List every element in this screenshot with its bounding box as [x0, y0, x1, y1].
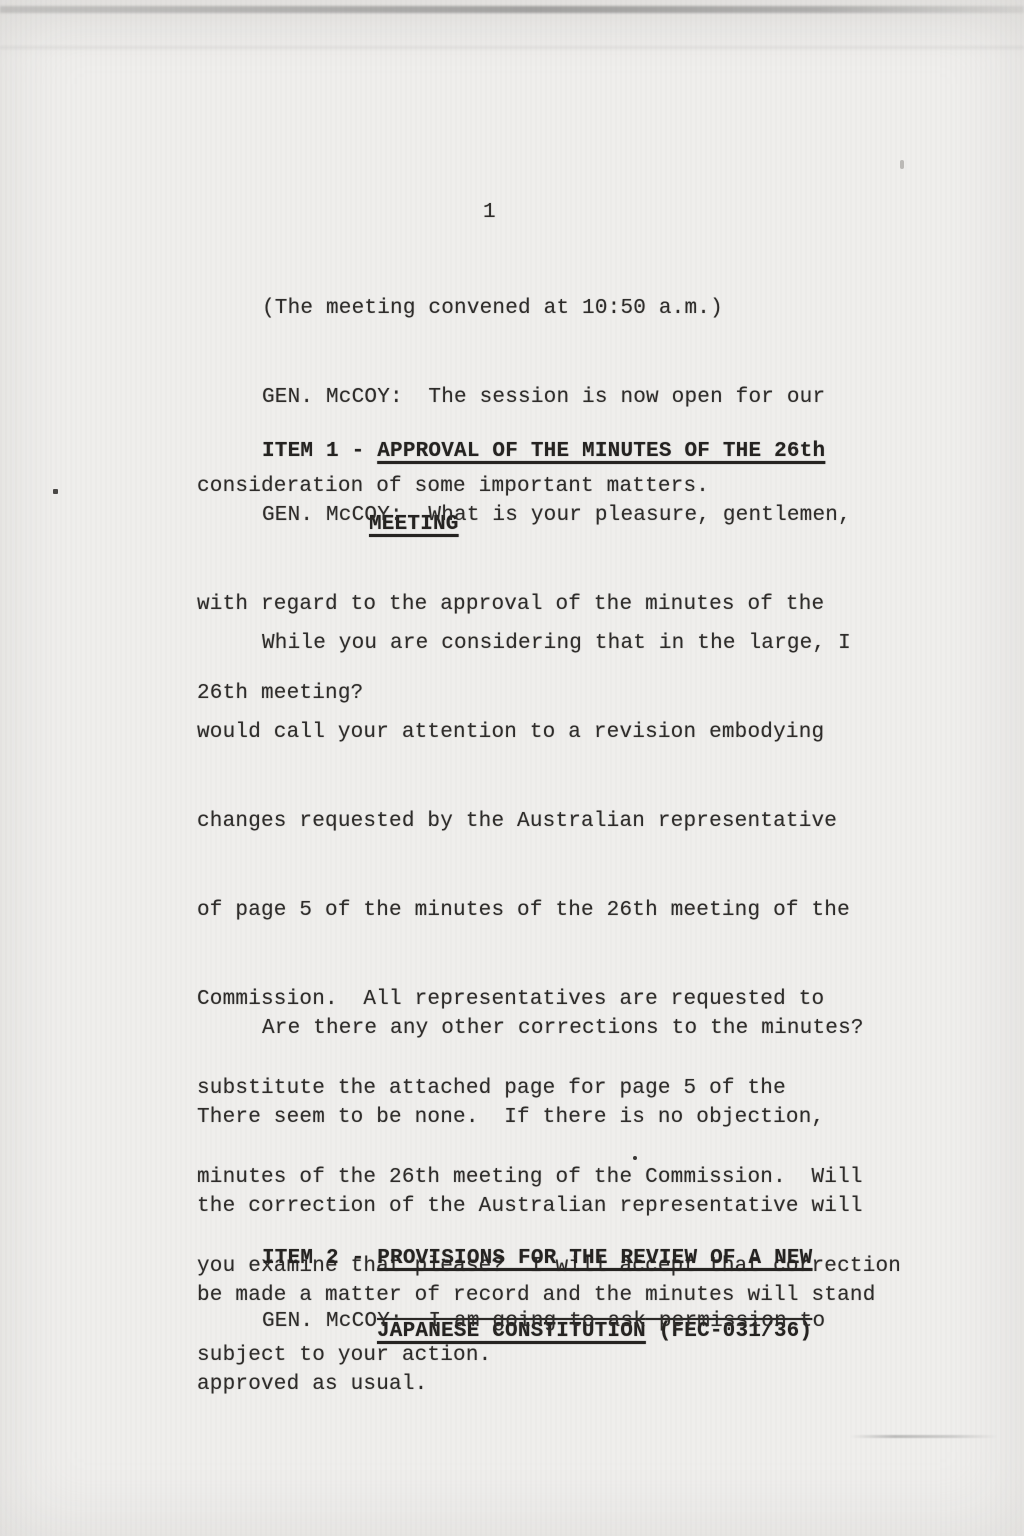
ink-speck [53, 489, 58, 494]
scan-artifact-faint-band [0, 46, 1024, 49]
text-line: (The meeting convened at 10:50 a.m.) [197, 295, 957, 338]
text-line: GEN. McCOY: What is your pleasure, gentl… [197, 502, 957, 545]
text-line: There seem to be none. If there is no ob… [197, 1104, 957, 1147]
item2-paragraph-1: GEN. McCOY: I am going to ask permission… [197, 1262, 957, 1397]
scan-artifact-top-band [0, 6, 1024, 13]
text-line: of page 5 of the minutes of the 26th mee… [197, 897, 957, 940]
text-line: While you are considering that in the la… [197, 630, 957, 673]
scanned-document-page: 1 (The meeting convened at 10:50 a.m.) G… [0, 0, 1024, 1536]
page-number: 1 [483, 199, 496, 226]
text-line: GEN. McCOY: I am going to ask permission… [197, 1308, 957, 1351]
text-line: changes requested by the Australian repr… [197, 808, 957, 851]
ink-speck [900, 160, 904, 169]
text-line: Are there any other corrections to the m… [197, 1015, 957, 1058]
text-line: would call your attention to a revision … [197, 719, 957, 762]
